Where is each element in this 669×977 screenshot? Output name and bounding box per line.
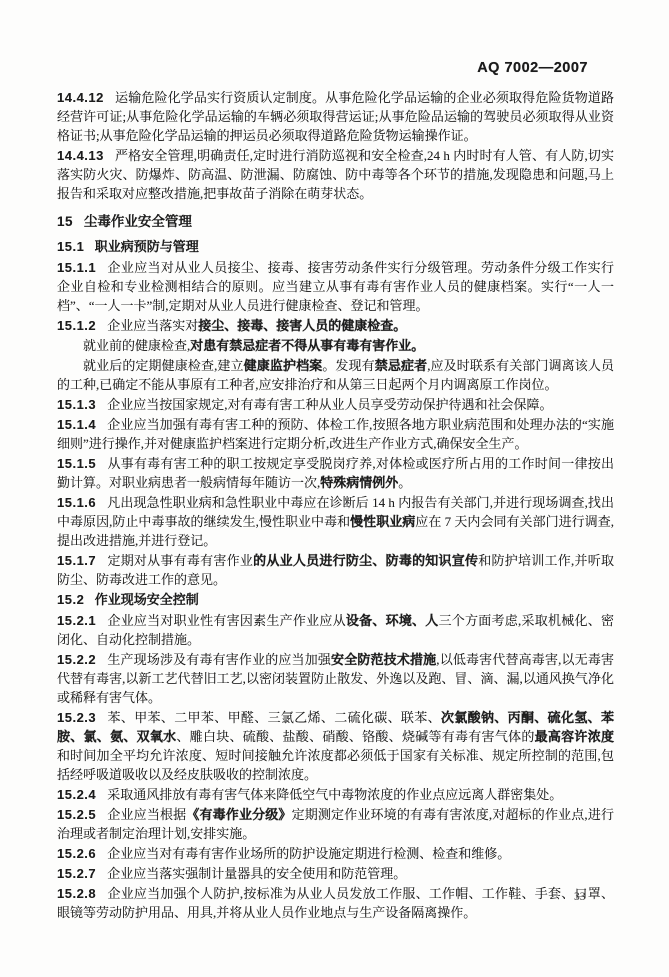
clause-text: 严格安全管理,明确责任,定时进行消防巡视和安全检查,24 h 内时时有人管、有人… (57, 148, 614, 201)
clause-paragraph: 15.1.5从事有毒有害工种的职工按规定享受脱岗疗养,对体检或医疗所占用的工作时… (57, 454, 614, 492)
clause-number: 14.4.13 (57, 148, 104, 163)
clause-paragraph: 15.2.5企业应当根据《有毒作业分级》定期测定作业环境的有毒有害浓度,对超标的… (57, 805, 614, 843)
clause-text: 企业应当按国家规定,对有毒有害工种从业人员享受劳动保护待遇和社会保障。 (107, 397, 552, 412)
clause-paragraph: 15.2.1企业应当对职业性有害因素生产作业应从设备、环境、人三个方面考虑,采取… (57, 611, 614, 649)
clause-text: 特殊病情例外 (320, 475, 398, 490)
clause-text: 就业前的健康检查, (83, 338, 190, 353)
clause-text: 接尘、接毒、接害人员的健康检查。 (198, 318, 406, 333)
clause-text: 健康监护档案 (244, 358, 323, 373)
clause-paragraph: 15.2.3苯、甲苯、二甲苯、甲醛、三氯乙烯、二硫化碳、联苯、次氯酸钠、丙酮、硫… (57, 708, 614, 784)
clause-number: 15.2.4 (57, 787, 96, 802)
clause-text: 采取通风排放有毒有害气体来降低空气中毒物浓度的作业点应远离人群密集处。 (107, 787, 562, 802)
clause-text: 苯、甲苯、二甲苯、甲醛、三氯乙烯、二硫化碳、联苯、 (107, 710, 441, 725)
clause-text: 《有毒作业分级》 (186, 807, 291, 822)
clause-text: 企业应当对从业人员接尘、接毒、接害劳动条件实行分级管理。劳动条件分级工作实行企业… (57, 260, 614, 313)
clause-paragraph: 15.2.8企业应当加强个人防护,按标准为从业人员发放工作服、工作帽、工作鞋、手… (57, 884, 614, 922)
clause-number: 15.2.8 (57, 886, 96, 901)
clause-text: 。 (398, 475, 411, 490)
clause-paragraph: 15.1.4企业应当加强有毒有害工种的预防、体检工作,按照各地方职业病范围和处理… (57, 415, 614, 453)
clause-number: 15.1.5 (57, 456, 96, 471)
clause-number: 14.4.12 (57, 90, 104, 105)
clause-number: 15.1.3 (57, 397, 96, 412)
clause-number: 15.1.1 (57, 260, 96, 275)
clause-number: 15.2 (57, 592, 84, 607)
clause-text: 禁忌症者 (375, 358, 427, 373)
clause-number: 15.1.2 (57, 318, 96, 333)
clause-paragraph: 14.4.13严格安全管理,明确责任,定时进行消防巡视和安全检查,24 h 内时… (57, 146, 614, 203)
clause-text: 企业应当对有毒有害作业场所的防护设施定期进行检测、检查和维修。 (107, 846, 510, 861)
clause-number: 15.1 (57, 239, 84, 254)
clause-text: 企业应当加强有毒有害工种的预防、体检工作,按照各地方职业病范围和处理办法的“实施… (57, 417, 614, 451)
subsection-heading: 15.2作业现场安全控制 (57, 590, 614, 609)
section-heading: 15尘毒作业安全管理 (57, 212, 614, 231)
subsection-heading: 15.1职业病预防与管理 (57, 237, 614, 256)
document-page: AQ 7002—2007 14.4.12运输危险化学品实行资质认定制度。从事危险… (0, 0, 669, 977)
document-body: 14.4.12运输危险化学品实行资质认定制度。从事危险化学品运输的企业必须取得危… (57, 88, 614, 923)
sub-paragraph: 就业前的健康检查,对患有禁忌症者不得从事有毒有害作业。 (57, 336, 614, 355)
clause-text: 。发现有 (322, 358, 374, 373)
clause-number: 15.2.7 (57, 866, 96, 881)
clause-text: 就业后的定期健康检查,建立 (83, 358, 244, 373)
clause-text: 安全防范技术措施 (331, 652, 436, 667)
clause-text: 和时间加全平均允许浓度、短时间接触允许浓度都必须低于国家有关标准、规定所控制的范… (57, 748, 614, 782)
clause-text: 职业病预防与管理 (95, 239, 199, 254)
clause-text: 慢性职业病 (350, 514, 415, 529)
clause-number: 15.2.5 (57, 807, 96, 822)
clause-text: 尘毒作业安全管理 (84, 214, 192, 229)
clause-number: 15.2.3 (57, 710, 96, 725)
clause-number: 15.1.6 (57, 495, 96, 510)
clause-paragraph: 15.1.6凡出现急性职业病和急性职业中毒应在诊断后 14 h 内报告有关部门,… (57, 493, 614, 550)
clause-number: 15.2.2 (57, 652, 96, 667)
clause-number: 15 (57, 214, 73, 229)
clause-text: 企业应当落实强制计量器具的安全使用和防范管理。 (107, 866, 406, 881)
clause-text: 企业应当根据 (107, 807, 186, 822)
clause-paragraph: 15.2.7企业应当落实强制计量器具的安全使用和防范管理。 (57, 864, 614, 883)
clause-text: 最高容许浓度 (535, 729, 614, 744)
clause-paragraph: 15.1.3企业应当按国家规定,对有毒有害工种从业人员享受劳动保护待遇和社会保障… (57, 395, 614, 414)
clause-text: 企业应当对职业性有害因素生产作业应从 (107, 613, 346, 628)
clause-paragraph: 15.1.7定期对从事有毒有害作业的从业人员进行防尘、防毒的知识宣传和防护培训工… (57, 551, 614, 589)
clause-number: 15.2.6 (57, 846, 96, 861)
clause-text: 、雕白块、硫酸、盐酸、硝酸、铬酸、烧碱等有毒有害气体的 (176, 729, 534, 744)
clause-paragraph: 15.1.2企业应当落实对接尘、接毒、接害人员的健康检查。 (57, 316, 614, 335)
clause-text: 作业现场安全控制 (95, 592, 199, 607)
clause-paragraph: 15.2.2生产现场涉及有毒有害作业的应当加强安全防范技术措施,以低毒害代替高毒… (57, 650, 614, 707)
clause-text: 设备、环境、人 (346, 613, 439, 628)
clause-paragraph: 15.1.1企业应当对从业人员接尘、接毒、接害劳动条件实行分级管理。劳动条件分级… (57, 258, 614, 315)
clause-text: 企业应当加强个人防护,按标准为从业人员发放工作服、工作帽、工作鞋、手套、口罩、眼… (57, 886, 614, 920)
clause-text: 对患有禁忌症者不得从事有毒有害作业。 (190, 338, 424, 353)
page-number: 33 (574, 891, 586, 903)
doc-code: AQ 7002—2007 (477, 60, 588, 76)
clause-number: 15.1.7 (57, 553, 96, 568)
clause-paragraph: 15.2.6企业应当对有毒有害作业场所的防护设施定期进行检测、检查和维修。 (57, 844, 614, 863)
sub-paragraph: 就业后的定期健康检查,建立健康监护档案。发现有禁忌症者,应及时联系有关部门调离该… (57, 356, 614, 394)
clause-paragraph: 15.2.4采取通风排放有毒有害气体来降低空气中毒物浓度的作业点应远离人群密集处… (57, 785, 614, 804)
clause-paragraph: 14.4.12运输危险化学品实行资质认定制度。从事危险化学品运输的企业必须取得危… (57, 88, 614, 145)
clause-text: 生产现场涉及有毒有害作业的应当加强 (107, 652, 331, 667)
clause-text: 的从业人员进行防尘、防毒的知识宣传 (253, 553, 478, 568)
clause-text: 企业应当落实对 (107, 318, 198, 333)
clause-text: 运输危险化学品实行资质认定制度。从事危险化学品运输的企业必须取得危险货物道路经营… (57, 90, 614, 143)
clause-number: 15.1.4 (57, 417, 96, 432)
clause-text: 定期对从事有毒有害作业 (107, 553, 253, 568)
clause-number: 15.2.1 (57, 613, 96, 628)
